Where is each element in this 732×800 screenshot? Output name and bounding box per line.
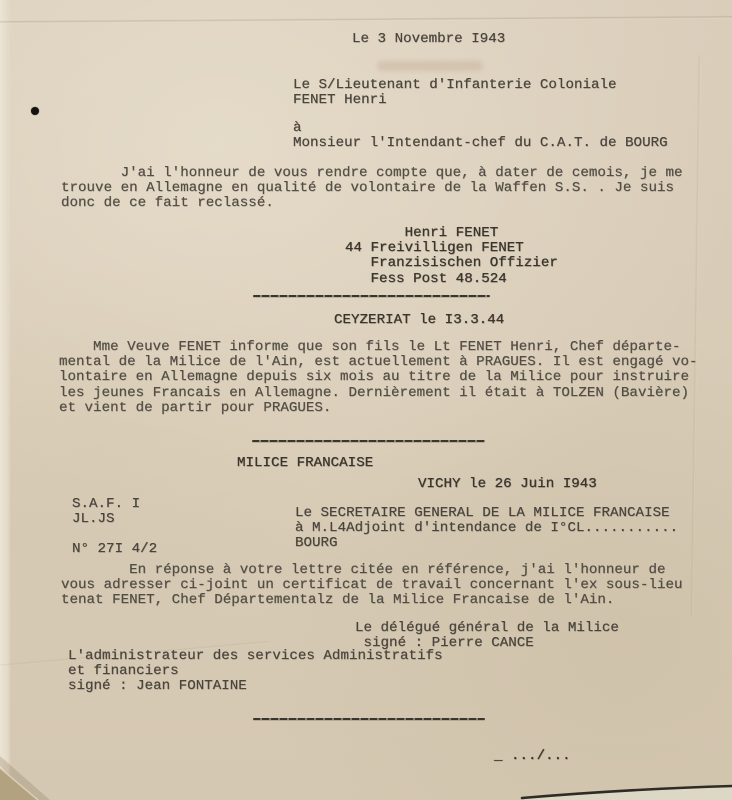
scan-edge-left	[0, 0, 11, 800]
scanned-letter-page: Le 3 Novembre I943 Le S/Lieutenant d'Inf…	[0, 0, 732, 800]
background-bottom-right	[524, 785, 732, 800]
address-block: Henri FENET 44 Freivilligen FENET Franzi…	[345, 226, 558, 287]
paragraph-3: En réponse à votre lettre citée en référ…	[61, 563, 683, 609]
signature-left: L'administrateur des services Administra…	[68, 649, 443, 695]
recipient-block: à Monsieur l'Intendant-chef du C.A.T. de…	[293, 121, 668, 151]
paper-crease-top	[0, 15, 732, 23]
ceyzeriat-date: CEYZERIAT le I3.3.44	[334, 313, 504, 328]
typed-rule-2	[252, 440, 485, 442]
paragraph-1: J'ai l'honneur de vous rendre compte que…	[61, 166, 683, 212]
reference-block: S.A.F. I JL.JS	[72, 497, 140, 527]
paper-edge-bottom-right	[522, 786, 732, 798]
addressee-block: Le SECRETAIRE GENERAL DE LA MILICE FRANC…	[295, 506, 678, 552]
sender-block: Le S/Lieutenant d'Infanterie Coloniale F…	[293, 78, 617, 108]
letter-date: Le 3 Novembre I943	[352, 32, 505, 47]
milice-header: MILICE FRANCAISE	[237, 456, 373, 471]
vichy-date: VICHY le 26 Juin I943	[418, 477, 597, 492]
typed-rule-3	[253, 718, 485, 720]
ink-spot	[31, 107, 39, 115]
typed-rule-1	[253, 295, 490, 297]
continuation-mark: _ .../...	[494, 749, 571, 764]
paper-crease-right	[690, 55, 701, 615]
signature-right: Le délégué général de la Milice signé : …	[355, 621, 619, 651]
erased-text-smudge	[377, 61, 483, 71]
paragraph-2: Mme Veuve FENET informe que son fils le …	[59, 340, 698, 416]
reference-number: N° 27I 4/2	[72, 542, 157, 557]
